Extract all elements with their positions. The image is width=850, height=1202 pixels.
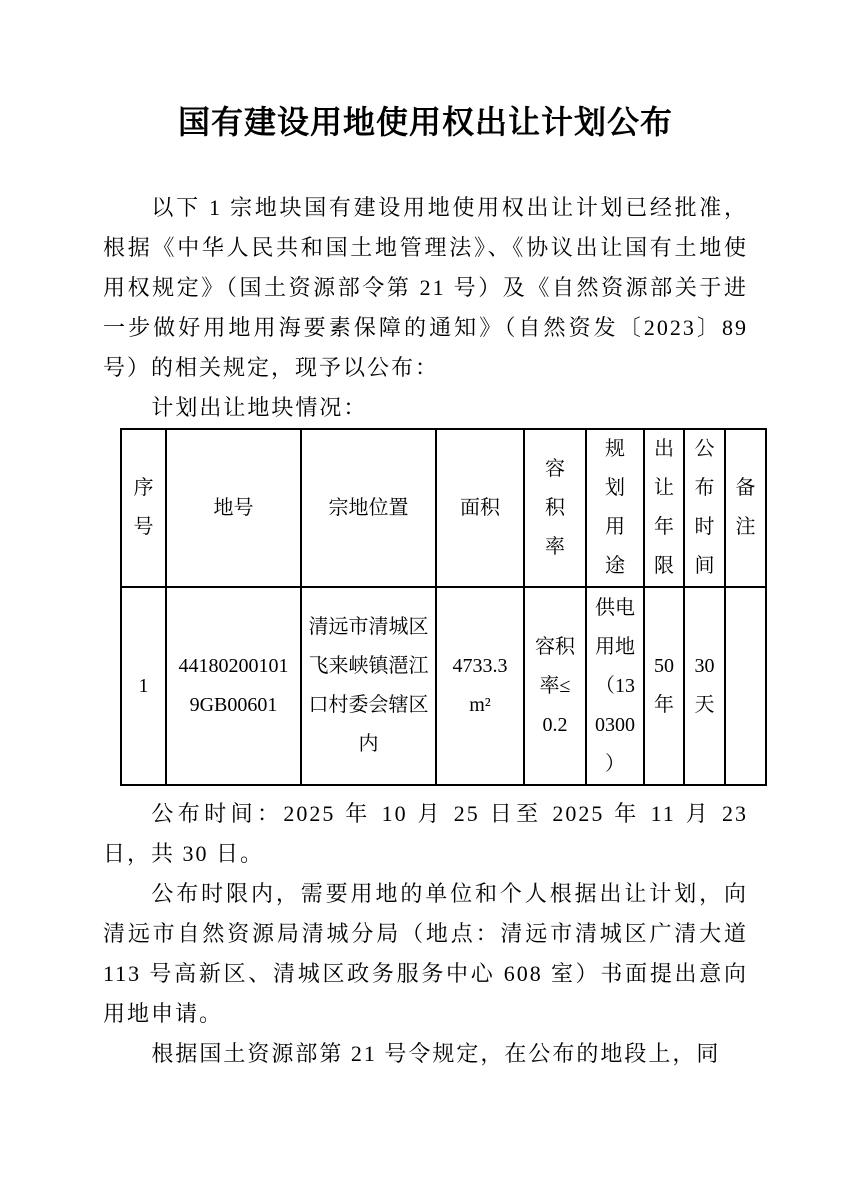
cell-area: 4733.3 m² — [436, 587, 524, 785]
column-header-seq: 序 号 — [121, 429, 166, 587]
land-parcel-table: 序 号 地号 宗地位置 面积 容 积 率 规 划 用 途 出 让 年 限 公 布… — [120, 428, 767, 786]
document-page: 国有建设用地使用权出让计划公布 以下 1 宗地块国有建设用地使用权出让计划已经批… — [0, 0, 850, 1202]
cell-term: 50 年 — [644, 587, 684, 785]
column-header-plot-ratio: 容 积 率 — [524, 429, 586, 587]
cell-location: 清远市清城区 飞来峡镇潖江 口村委会辖区 内 — [301, 587, 436, 785]
cell-seq: 1 — [121, 587, 166, 785]
cell-parcel-no: 44180200101 9GB00601 — [166, 587, 301, 785]
application-paragraph: 公布时限内，需要用地的单位和个人根据出让计划，向清远市自然资源局清城分局（地点：… — [103, 874, 748, 1034]
publish-period-paragraph: 公布时间：2025 年 10 月 25 日至 2025 年 11 月 23 日，… — [103, 794, 748, 874]
table-header-row: 序 号 地号 宗地位置 面积 容 积 率 规 划 用 途 出 让 年 限 公 布… — [121, 429, 766, 587]
regulation-paragraph: 根据国土资源部第 21 号令规定，在公布的地段上，同 — [103, 1034, 748, 1074]
cell-planned-use: 供电 用地 （13 0300 ） — [586, 587, 644, 785]
page-title: 国有建设用地使用权出让计划公布 — [103, 100, 748, 144]
column-header-parcel-no: 地号 — [166, 429, 301, 587]
table-lead-paragraph: 计划出让地块情况： — [103, 388, 748, 428]
cell-remarks — [725, 587, 766, 785]
column-header-planned-use: 规 划 用 途 — [586, 429, 644, 587]
document-content: 国有建设用地使用权出让计划公布 以下 1 宗地块国有建设用地使用权出让计划已经批… — [103, 0, 748, 1074]
column-header-publish-time: 公 布 时 间 — [684, 429, 725, 587]
intro-paragraph: 以下 1 宗地块国有建设用地使用权出让计划已经批准，根据《中华人民共和国土地管理… — [103, 188, 748, 388]
cell-publish-time: 30 天 — [684, 587, 725, 785]
table-row: 1 44180200101 9GB00601 清远市清城区 飞来峡镇潖江 口村委… — [121, 587, 766, 785]
column-header-location: 宗地位置 — [301, 429, 436, 587]
column-header-term: 出 让 年 限 — [644, 429, 684, 587]
cell-plot-ratio: 容积 率≤ 0.2 — [524, 587, 586, 785]
column-header-remarks: 备 注 — [725, 429, 766, 587]
column-header-area: 面积 — [436, 429, 524, 587]
